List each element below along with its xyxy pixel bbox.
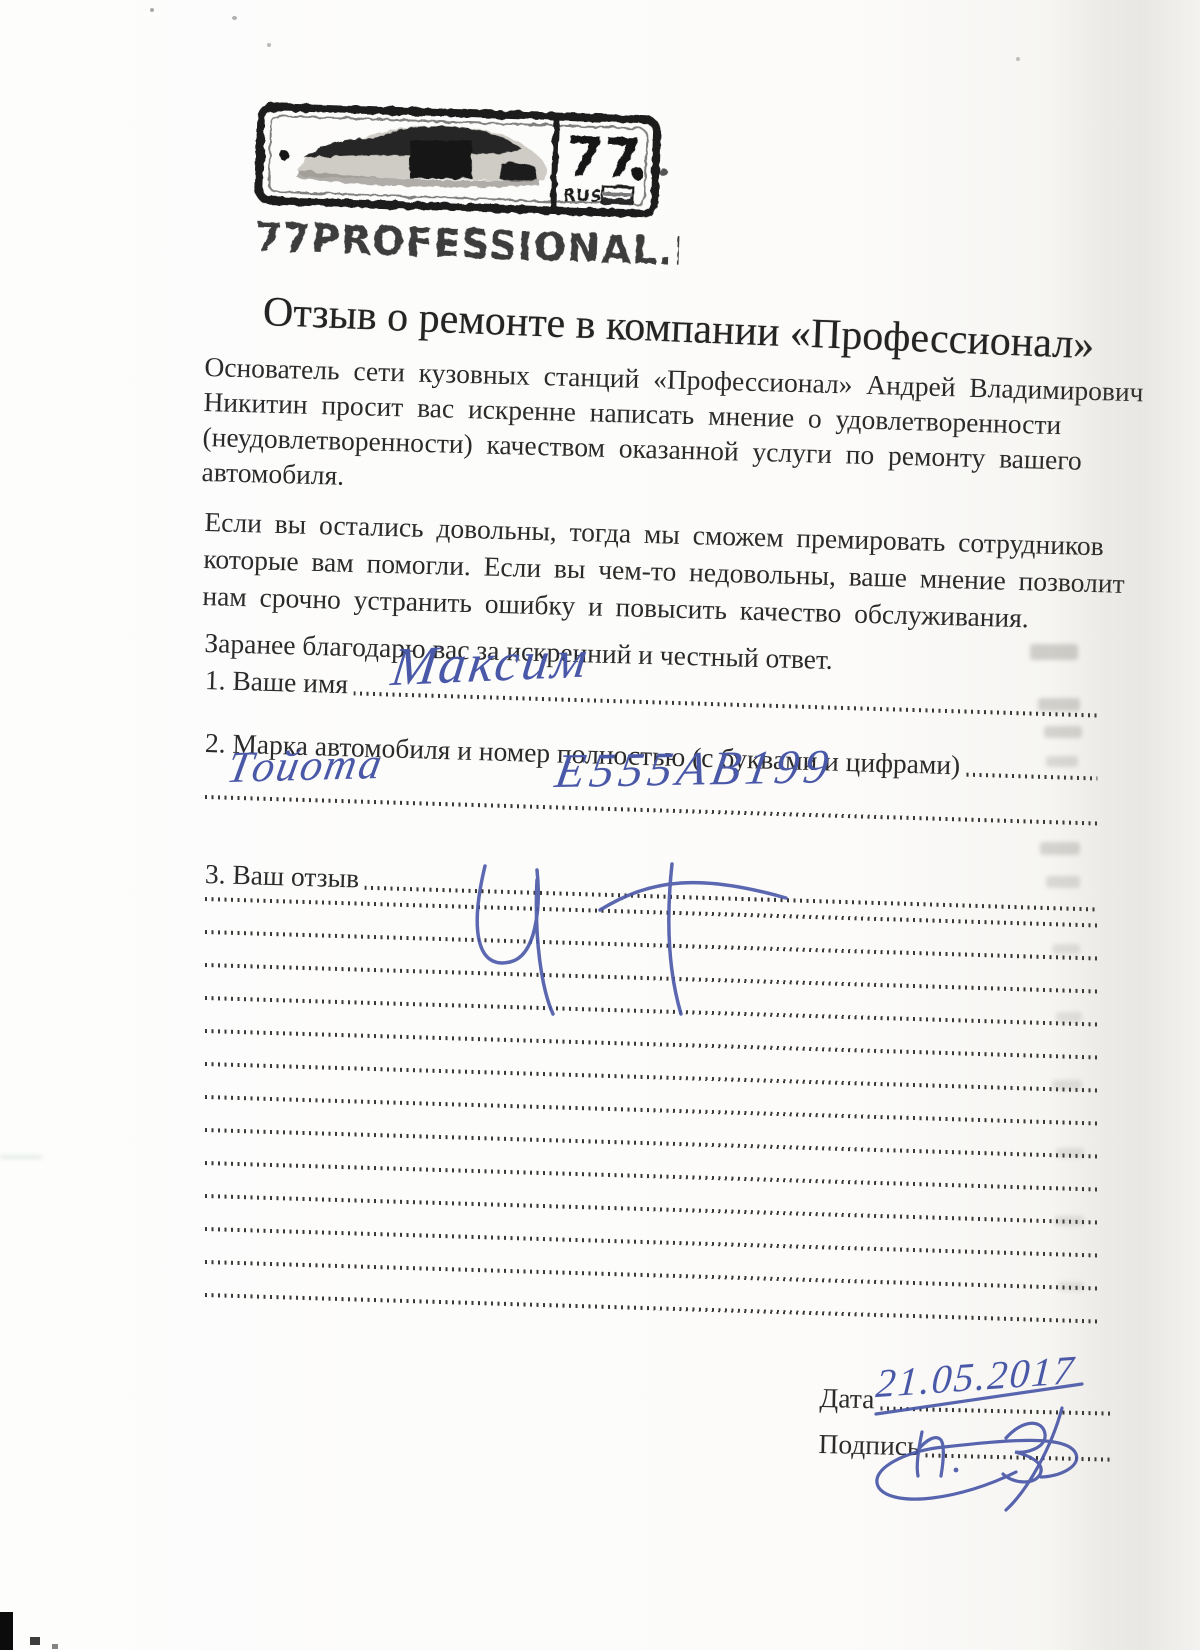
intro-paragraph: Основатель сети кузовных станций «Профес…: [201, 349, 1144, 514]
scan-corner-mark: [52, 1644, 58, 1649]
feedback-dotted-line: [205, 1029, 1098, 1059]
feedback-dotted-line: [205, 1293, 1098, 1323]
handwritten-plate-number: Е555АВ199: [552, 739, 838, 799]
scan-artifact: [1054, 1216, 1084, 1226]
scan-artifact: [1046, 756, 1078, 767]
scan-artifact: [1056, 1012, 1082, 1022]
scan-artifact: [1052, 1080, 1082, 1090]
scan-corner-mark: [0, 1612, 13, 1650]
scan-artifact: [1052, 944, 1080, 954]
scan-artifact: [1044, 726, 1082, 738]
feedback-scribble: [440, 848, 820, 1033]
reward-paragraph: Если вы остались довольны, тогда мы смож…: [202, 503, 1126, 639]
car-icon: [297, 121, 549, 192]
logo-plate-graphic: 77 RUS 77PROFESSIONAL.RU: [248, 98, 683, 278]
answer-dotted-line: [966, 773, 1097, 781]
scan-artifact: [1056, 1148, 1084, 1158]
scan-corner-mark: [30, 1637, 40, 1645]
scan-speck: [232, 16, 237, 20]
feedback-dotted-line: [205, 1194, 1098, 1224]
handwritten-name: Максим: [388, 627, 594, 698]
scan-artifact: [1030, 644, 1078, 660]
scan-artifact: [0, 1155, 42, 1159]
plate-bolt-left: [279, 150, 289, 160]
feedback-dotted-line: [205, 1260, 1098, 1290]
scan-speck: [150, 8, 154, 12]
scan-artifact: [1058, 1282, 1084, 1291]
logo-wordmark: 77PROFESSIONAL.RU: [254, 215, 683, 277]
scan-speck: [267, 43, 271, 47]
logo-stamp: 77 RUS 77PROFESSIONAL.RU: [248, 98, 684, 283]
scan-artifact: [1040, 842, 1080, 855]
scan-speck: [1016, 57, 1020, 61]
question-1-label: 1. Ваше имя: [205, 664, 349, 700]
signature-scribble: [810, 1348, 1120, 1530]
feedback-dotted-line: [205, 1062, 1098, 1092]
plate-divider: [550, 118, 559, 208]
plate-region-code: RUS: [562, 186, 602, 207]
handwritten-car-brand: Тойота: [223, 738, 388, 793]
scanned-feedback-form: 77 RUS 77PROFESSIONAL.RU Отзыв о ремонте…: [0, 0, 1200, 1650]
plate-region-number: 77: [565, 125, 642, 191]
feedback-dotted-line: [205, 1095, 1098, 1125]
feedback-dotted-line: [205, 1128, 1098, 1158]
feedback-dotted-line: [205, 1227, 1098, 1257]
answer-dotted-line: [205, 795, 1098, 825]
answer-dotted-line: [354, 691, 1098, 717]
scan-artifact: [1046, 876, 1080, 888]
scan-artifact: [1038, 698, 1080, 711]
question-3-label: 3. Ваш отзыв: [205, 858, 360, 895]
feedback-dotted-line: [205, 1161, 1098, 1191]
